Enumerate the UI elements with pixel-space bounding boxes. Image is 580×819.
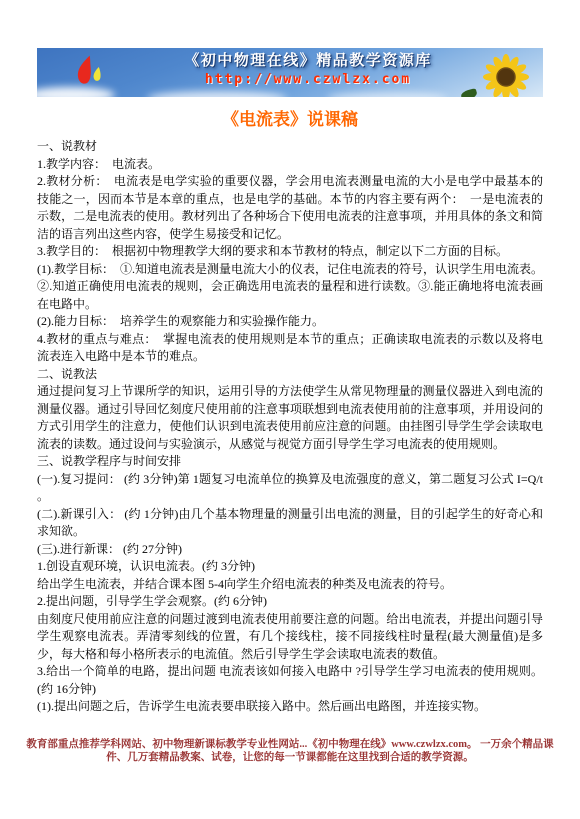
cloud-shape: [147, 91, 287, 97]
paragraph: 给出学生电流表，并结合课本图 5-4向学生介绍电流表的种类及电流表的符号。: [37, 576, 543, 594]
paragraph: 通过提问复习上节课所学的知识，运用引导的方法使学生从常见物理量的测量仪器进入到电…: [37, 383, 543, 453]
paragraph: (2).能力目标： 培养学生的观察能力和实验操作能力。: [37, 313, 543, 331]
paragraph: 由刻度尺使用前应注意的问题过渡到电流表使用前要注意的问题。给出电流表，并提出问题…: [37, 611, 543, 664]
document-body: 一、说教材 1.教学内容： 电流表。 2.教材分析： 电流表是电学实验的重要仪器…: [37, 138, 543, 716]
page-title: 《电流表》说课稿: [0, 109, 580, 131]
paragraph: 1.创设直观环境，认识电流表。(约 3分钟): [37, 558, 543, 576]
banner-site-title: 《初中物理在线》精品教学资源库: [73, 51, 543, 71]
banner-site-url: http://www.czwlzx.com: [73, 71, 543, 88]
paragraph: (二).新课引入： (约 1分钟)由几个基本物理量的测量引出电流的测量，目的引起…: [37, 506, 543, 541]
paragraph: 2.教材分析： 电流表是电学实验的重要仪器，学会用电流表测量电流的大小是电学中最…: [37, 173, 543, 243]
document-page: 《初中物理在线》精品教学资源库 http://www.czwlzx.com: [0, 0, 580, 819]
footer-note: 教育部重点推荐学科网站、初中物理新课标教学专业性网站...《初中物理在线》www…: [26, 738, 554, 765]
leaf-icon: [460, 88, 478, 97]
paragraph: 3.给出一个简单的电路，提出问题 电流表该如何接入电路中 ?引导学生学习电流表的…: [37, 663, 543, 698]
paragraph: 1.教学内容： 电流表。: [37, 156, 543, 174]
footer-text: 教育部重点推荐学科网站、初中物理新课标教学专业性网站...《初中物理在线》: [26, 739, 391, 750]
cloud-shape: [327, 92, 447, 97]
paragraph: (1).教学目标： ①.知道电流表是测量电流大小的仪表，记住电流表的符号，认识学…: [37, 261, 543, 314]
header-banner: 《初中物理在线》精品教学资源库 http://www.czwlzx.com: [37, 48, 543, 97]
paragraph: (三).进行新课： (约 27分钟): [37, 541, 543, 559]
sunflower-icon: [483, 54, 529, 97]
paragraph: (一).复习提问： (约 3分钟)第 1题复习电流单位的换算及电流强度的意义，第…: [37, 471, 543, 506]
footer-url: www.czwlzx.com: [391, 739, 467, 750]
paragraph: 4.教材的重点与难点： 掌握电流表的使用规则是本节的重点；正确读取电流表的示数以…: [37, 331, 543, 366]
paragraph: 三、说教学程序与时间安排: [37, 453, 543, 471]
banner-text-block: 《初中物理在线》精品教学资源库 http://www.czwlzx.com: [37, 51, 543, 88]
paragraph: 3.教学目的： 根据初中物理教学大纲的要求和本节教材的特点，制定以下二方面的目标…: [37, 243, 543, 261]
paragraph: (1).提出问题之后，告诉学生电流表要串联接入路中。然后画出电路图，并连接实物。: [37, 698, 543, 716]
paragraph: 2.提出问题，引导学生学会观察。(约 6分钟): [37, 593, 543, 611]
paragraph: 一、说教材: [37, 138, 543, 156]
paragraph: 二、说教法: [37, 366, 543, 384]
